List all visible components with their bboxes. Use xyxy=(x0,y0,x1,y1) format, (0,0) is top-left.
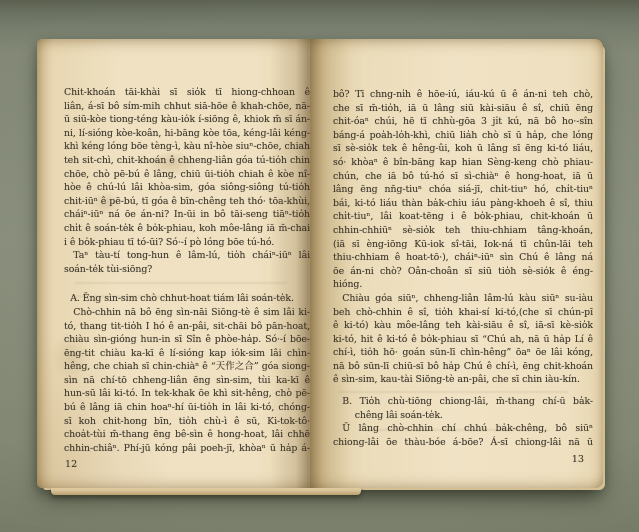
left-page: Chit-khoán tāi-khài sī sio̍k tī hiong-ch… xyxy=(37,39,310,488)
text-line: chi̍t ê soán-te̍k ê bo̍k-phiau, koh môe-… xyxy=(64,222,310,236)
text-line: ki-tó, hit ê ki-tó ê bo̍k-phiau sī “Chú … xyxy=(333,333,593,347)
text-line: ê sìn-sim, kau-tài Siōng-tè an-pâi, che … xyxy=(333,373,593,387)
text-line: chhin-chhiūⁿ sè-sio̍k teh thiu-chhiam tâ… xyxy=(333,224,593,238)
text-line: teh sit-chì, chit-khoán ê chheng-liân gó… xyxy=(64,154,310,168)
open-book: Chit-khoán tāi-khài sī sio̍k tī hiong-ch… xyxy=(37,39,603,488)
text-line: choa̍t-tùi m̄-thang ēng bê-sìn ê hong-ho… xyxy=(64,428,310,442)
text-line: chún, che iā bô tú-hó sī sì-chiàⁿ ê hong… xyxy=(333,170,593,184)
text-line: chhin-chiâⁿ. Phí-jū kóng pâi poeh-jī, kh… xyxy=(64,442,310,456)
text-line: chit-óaⁿ chúi, hē tī chhù-gōa 3 ji̍t kú,… xyxy=(333,115,593,129)
text-line: sī sè-sio̍k tek ê hêng-ûi, koh ū lâng sī… xyxy=(333,142,593,156)
text-line: che sī m̄-tio̍h, iā ū lâng siū kài-siāu … xyxy=(333,102,593,116)
text-line: nā bô sūn-lī chiū-sī bô ha̍p Chú ê chí-ì… xyxy=(333,360,593,374)
text-line: hun-sū lâi ki-tó. In tek-khak ōe khì sit… xyxy=(64,387,310,401)
text-line: chêng lâi soán-te̍k. xyxy=(333,409,593,423)
text-line: soán-te̍k tùi-siōng? xyxy=(64,263,310,277)
text-line: thiu-chhiam ê hoat-tō·), cháiⁿ-iūⁿ sìn C… xyxy=(333,251,593,265)
text-line: chit-iūⁿ ê pē-bú, tī góa ê bīn-chêng teh… xyxy=(64,195,310,209)
page-number-right: 13 xyxy=(572,454,584,465)
text-line: cháiⁿ-iūⁿ ná ōe án-ni? In-ūi in bô tāi-s… xyxy=(64,208,310,222)
text-line: chi̍t-tiuⁿ, lâi koat-tēng i ê bo̍k-phiau… xyxy=(333,210,593,224)
text-line: ōe án-ni chò? Oân-choân sī siū tio̍h sè-… xyxy=(333,265,593,279)
text-line: beh chò-chhin ê sî, tio̍h khai-sí ki-tó,… xyxy=(333,306,593,320)
text-line: hióng. xyxy=(333,278,593,292)
text-line: bô? Tī chng-ni̍h ê hōe-iú, iáu-kú ū ê án… xyxy=(333,88,593,102)
text-line: liân, á-sī bô sím-mih chhut siā-hōe ê kh… xyxy=(64,100,310,114)
text-line: Chit-khoán tāi-khài sī sio̍k tī hiong-ch… xyxy=(64,86,310,100)
text-line: chiong-lâi ōe thàu-bóe á-bōe? Á-sī chion… xyxy=(333,436,593,450)
text-line: bái, ki-tó liáu thàn ba̍k-chiu iáu pàng-… xyxy=(333,197,593,211)
text-line: khì kéng lóng bōe tèng-ì, kàu nî-hòe siu… xyxy=(64,140,310,154)
text-line: tó, thang tit-tio̍h I hó ê an-pâi, sit-c… xyxy=(64,320,310,334)
page-number-left: 12 xyxy=(65,459,77,470)
text-line: i ê bo̍k-phiau tī tó-ūi? Só·-í pò lóng b… xyxy=(64,236,310,250)
photo-background: Chit-khoán tāi-khài sī sio̍k tī hiong-ch… xyxy=(0,0,639,532)
text-line: ni, lí-sióng kòe-koân, hi-bāng kòe tōa, … xyxy=(64,127,310,141)
text-line: Ū lâng chò-chhin chí chhú ba̍k-chêng, bô… xyxy=(333,422,593,436)
text-line: chōe, chò pē-bú ê lâng, chiū ūi-tio̍h ch… xyxy=(64,168,310,182)
text-line: B. Tio̍h chù-tiōng chiong-lâi, m̄-thang … xyxy=(333,395,593,409)
text-line: A. Ēng sìn-sim chò chhut-hoat tiám lâi s… xyxy=(64,292,310,306)
text-line: chiàu sìn-gióng hun-in sī Sîn ê phòe-ha̍… xyxy=(64,333,310,347)
text-line: ū siū-kòe tiong-téng kàu-io̍k í-siōng ê,… xyxy=(64,113,310,127)
text-line: (iā sī èng-iōng Kū-iok sî-tāi, Iok-ná tī… xyxy=(333,238,593,252)
text-line: ê ki-tó) kàu môe-lâng teh kài-siāu ê sî,… xyxy=(333,319,593,333)
text-line: Chò-chhin nā bô ēng sìn-nāi Siōng-tè ê s… xyxy=(64,306,310,320)
text-line: báng-á poa̍h-lo̍h-khì, chiū lia̍h chò sī… xyxy=(333,129,593,143)
right-page: bô? Tī chng-ni̍h ê hōe-iú, iáu-kú ū ê án… xyxy=(310,39,603,488)
text-line: só· khòaⁿ ê bîn-bāng kap hian Sèng-keng … xyxy=(333,156,593,170)
text-line: hêng, che chiah sī chin-chiàⁿ ê “天作之合” g… xyxy=(64,360,310,374)
text-line: sī koh chit-hong bīn, tio̍h chù-ì ê sū, … xyxy=(64,415,310,429)
text-line: Chiàu góa siūⁿ, chheng-liân lâm-lú kàu s… xyxy=(333,292,593,306)
text-line: ēng-tit chiàu ka-kī ê lí-sióng kap io̍k-… xyxy=(64,347,310,361)
right-page-text: bô? Tī chng-ni̍h ê hōe-iú, iáu-kú ū ê án… xyxy=(333,88,593,449)
text-line: sìn nā chí-tō chheng-liân ēng sìn-sim, t… xyxy=(64,374,310,388)
text-line: hòe ê chú-lú lâi khòa-sim, góa siông-siô… xyxy=(64,181,310,195)
text-line: lâng ēng nn̄g-tiuⁿ chóa siá-jī, chi̍t-ti… xyxy=(333,183,593,197)
text-line: Taⁿ tàu-tí tong-hun ê lâm-lú, tio̍h chái… xyxy=(64,249,310,263)
text-line: chí-ì, tio̍h hō· goán sūn-lī chìn-hêng” … xyxy=(333,346,593,360)
left-page-text: Chit-khoán tāi-khài sī sio̍k tī hiong-ch… xyxy=(64,86,310,455)
text-line: bú ê lâng iā chin hoaⁿ-hí ūi-tio̍h in lâ… xyxy=(64,401,310,415)
